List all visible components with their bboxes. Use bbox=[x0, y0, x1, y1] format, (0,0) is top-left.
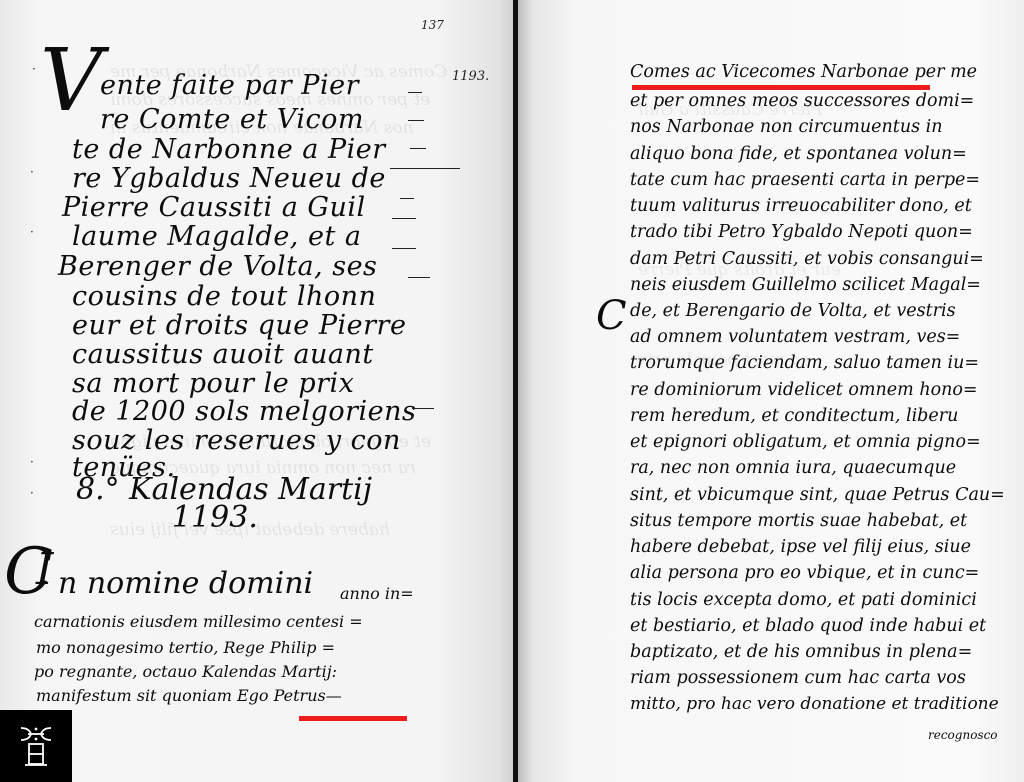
latin-line: mo nonagesimo tertio, Rege Philip = bbox=[36, 638, 335, 657]
margin-dot: · bbox=[30, 486, 34, 500]
right-line: ad omnem voluntatem vestram, ves= bbox=[630, 327, 960, 347]
hyphen-mark bbox=[390, 168, 460, 169]
title-line: te de Narbonne a Pier bbox=[72, 134, 386, 165]
right-line: rem heredum, et conditectum, liberu bbox=[630, 406, 958, 426]
right-line: et bestiario, et blado quod inde habui e… bbox=[630, 616, 986, 636]
hyphen-mark bbox=[408, 120, 424, 121]
manuscript-spread: Comes ac Vicecomes Narbonae per me et pe… bbox=[0, 0, 1024, 782]
right-line: et epignori obligatum, et omnia pigno= bbox=[630, 432, 981, 452]
right-line: trado tibi Petro Ygbaldo Nepoti quon= bbox=[630, 222, 973, 242]
latin-line: po regnante, octauo Kalendas Martij: bbox=[34, 662, 337, 681]
latin-heading: n nomine domini bbox=[58, 566, 313, 601]
hyphen-mark bbox=[408, 277, 430, 278]
right-line: neis eiusdem Guillelmo scilicet Magal= bbox=[630, 275, 981, 295]
hyphen-mark bbox=[392, 248, 416, 249]
right-line: alia persona pro eo vbique, et in cunc= bbox=[630, 563, 979, 583]
right-line: tate cum hac praesenti carta in perpe= bbox=[630, 170, 980, 190]
title-dropcap: V bbox=[40, 38, 102, 124]
latin-line: manifestum sit quoniam Ego Petrus— bbox=[36, 686, 342, 705]
margin-dot: · bbox=[30, 455, 34, 469]
right-line: habere debebat, ipse vel filij eius, siu… bbox=[630, 537, 971, 557]
title-line: ente faite par Pier bbox=[100, 70, 359, 101]
highlight-underline-ego-petrus bbox=[299, 716, 407, 721]
latin-line: anno in= bbox=[340, 584, 414, 603]
title-line: Berenger de Volta, ses bbox=[58, 251, 377, 282]
title-line: de 1200 sols melgoriens bbox=[72, 396, 416, 427]
title-line: laume Magalde, et a bbox=[72, 221, 361, 252]
right-line: baptizato, et de his omnibus in plena= bbox=[630, 642, 972, 662]
margin-flourish: C bbox=[596, 296, 627, 336]
folio-number: 137 bbox=[421, 18, 444, 32]
catchword: recognosco bbox=[928, 728, 998, 742]
right-line: tis locis excepta domo, et pati dominici bbox=[630, 590, 977, 610]
title-line: cousins de tout lhonn bbox=[72, 281, 376, 312]
hyphen-mark bbox=[392, 218, 416, 219]
year-margin-note: 1193. bbox=[452, 69, 489, 84]
title-line: re Ygbaldus Neueu de bbox=[72, 163, 386, 194]
right-line: nos Narbonae non circumuentus in bbox=[630, 117, 943, 137]
right-line: re dominiorum videlicet omnem hono= bbox=[630, 380, 978, 400]
right-line: situs tempore mortis suae habebat, et bbox=[630, 511, 967, 531]
right-line: Comes ac Vicecomes Narbonae per me bbox=[630, 62, 977, 82]
title-line: Pierre Caussiti a Guil bbox=[62, 192, 366, 223]
hyphen-mark bbox=[400, 198, 414, 199]
highlight-underline-comes-narbonae bbox=[632, 85, 930, 90]
right-line: aliquo bona fide, et spontanea volun= bbox=[630, 144, 967, 164]
hyphen-mark bbox=[412, 408, 434, 409]
right-line: mitto, pro hac vero donatione et traditi… bbox=[630, 694, 999, 714]
right-line: trorumque faciendam, saluo tamen iu= bbox=[630, 353, 979, 373]
title-line: caussitus auoit auant bbox=[72, 339, 374, 370]
left-page: Comes ac Vicecomes Narbonae per me et pe… bbox=[0, 0, 514, 782]
right-line: tuum valiturus irreuocabiliter dono, et bbox=[630, 196, 972, 216]
right-line: riam possessionem cum hac carta vos bbox=[630, 668, 966, 688]
right-line: sint, et vbicumque sint, quae Petrus Cau… bbox=[630, 485, 1005, 505]
date-year: 1193. bbox=[172, 500, 258, 535]
margin-dot: · bbox=[30, 165, 34, 179]
latin-initial: I bbox=[36, 548, 53, 592]
right-line: ra, nec non omnia iura, quaecumque bbox=[630, 458, 956, 478]
library-tower-icon bbox=[18, 724, 54, 768]
right-line: et per omnes meos successores domi= bbox=[630, 91, 974, 111]
right-line: dam Petri Caussiti, et vobis consangui= bbox=[630, 249, 984, 269]
right-line: de, et Berengario de Volta, et vestris bbox=[630, 301, 956, 321]
hyphen-mark bbox=[408, 92, 422, 93]
latin-line: carnationis eiusdem millesimo centesi = bbox=[34, 612, 363, 631]
margin-dot: · bbox=[30, 225, 34, 239]
margin-dot: · bbox=[32, 62, 36, 76]
title-line: eur et droits que Pierre bbox=[72, 310, 406, 341]
hyphen-mark bbox=[410, 148, 426, 149]
title-line: re Comte et Vicom bbox=[100, 104, 364, 135]
title-line: sa mort pour le prix bbox=[72, 368, 354, 399]
library-logo bbox=[0, 710, 72, 782]
